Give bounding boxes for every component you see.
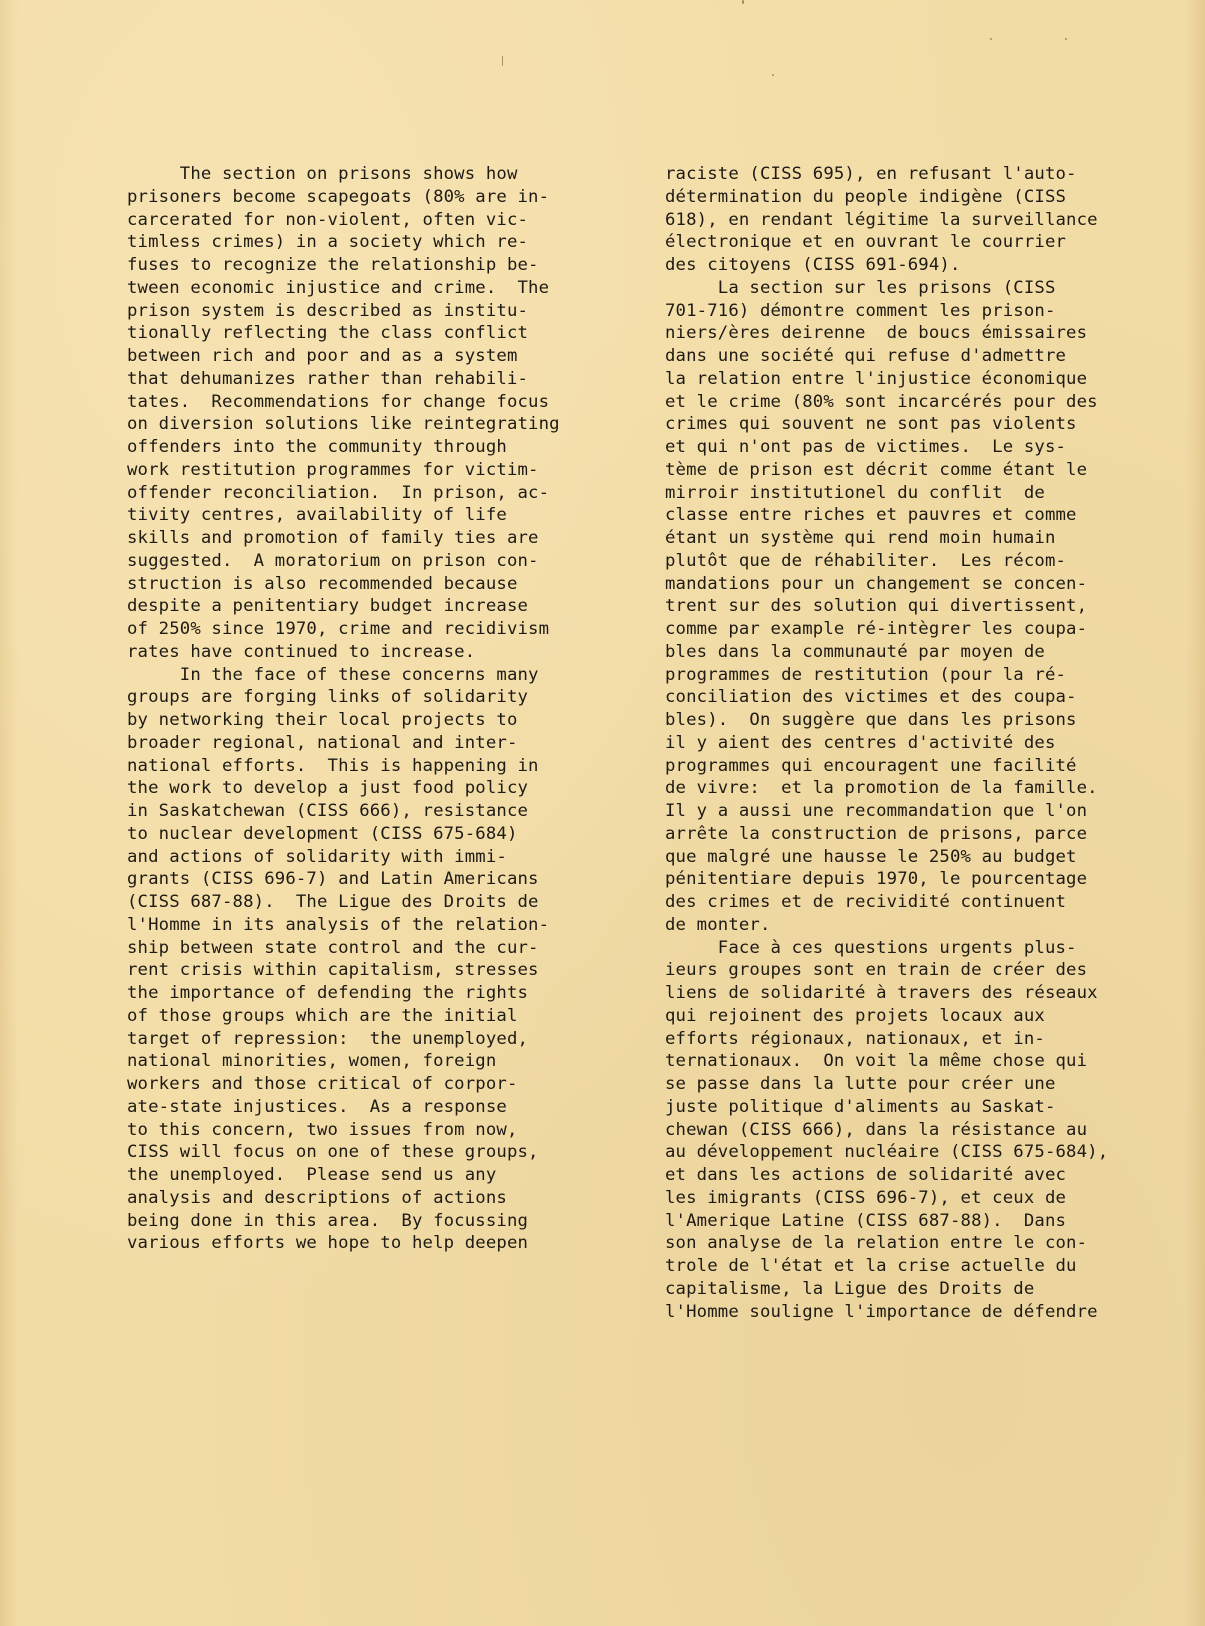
text-line: de monter. — [665, 914, 1108, 937]
paper-speck — [772, 74, 774, 76]
text-line: son analyse de la relation entre le con- — [665, 1232, 1108, 1255]
text-line: national efforts. This is happening in — [127, 755, 560, 778]
paper-speck — [502, 56, 503, 66]
text-line: carcerated for non-violent, often vic- — [127, 209, 560, 232]
text-line: national minorities, women, foreign — [127, 1050, 560, 1073]
text-line: ternationaux. On voit la même chose qui — [665, 1050, 1108, 1073]
text-line: crimes qui souvent ne sont pas violents — [665, 413, 1108, 436]
text-line: of those groups which are the initial — [127, 1005, 560, 1028]
text-line: des citoyens (CISS 691-694). — [665, 254, 1108, 277]
text-line: offender reconciliation. In prison, ac- — [127, 482, 560, 505]
text-line: se passe dans la lutte pour créer une — [665, 1073, 1108, 1096]
text-line: prison system is described as institu- — [127, 300, 560, 323]
text-line: arrête la construction de prisons, parce — [665, 823, 1108, 846]
text-line: des crimes et de recividité continuent — [665, 891, 1108, 914]
text-line: in Saskatchewan (CISS 666), resistance — [127, 800, 560, 823]
text-line: various efforts we hope to help deepen — [127, 1232, 560, 1255]
text-line: rent crisis within capitalism, stresses — [127, 959, 560, 982]
paper-speck — [742, 0, 744, 4]
paper-speck — [1065, 38, 1067, 40]
text-line: despite a penitentiary budget increase — [127, 595, 560, 618]
text-line: trole de l'état et la crise actuelle du — [665, 1255, 1108, 1278]
text-line: qui rejoinent des projets locaux aux — [665, 1005, 1108, 1028]
text-line: bles). On suggère que dans les prisons — [665, 709, 1108, 732]
text-line: rates have continued to increase. — [127, 641, 560, 664]
text-line: tionally reflecting the class conflict — [127, 322, 560, 345]
text-line: conciliation des victimes et des coupa- — [665, 686, 1108, 709]
english-column: The section on prisons shows howprisoner… — [127, 163, 560, 1255]
text-line: ship between state control and the cur- — [127, 937, 560, 960]
text-line: prisoners become scapegoats (80% are in- — [127, 186, 560, 209]
paper-speck — [990, 38, 992, 40]
text-line: broader regional, national and inter- — [127, 732, 560, 755]
text-line: tivity centres, availability of life — [127, 504, 560, 527]
text-line: l'Homme souligne l'importance de défendr… — [665, 1301, 1108, 1324]
text-line: électronique et en ouvrant le courrier — [665, 231, 1108, 254]
text-line: The section on prisons shows how — [127, 163, 560, 186]
text-line: 618), en rendant légitime la surveillanc… — [665, 209, 1108, 232]
text-line: dans une société qui refuse d'admettre — [665, 345, 1108, 368]
text-line: the importance of defending the rights — [127, 982, 560, 1005]
text-line: mirroir institutionel du conflit de — [665, 482, 1108, 505]
text-line: between rich and poor and as a system — [127, 345, 560, 368]
text-line: comme par example ré-intègrer les coupa- — [665, 618, 1108, 641]
text-line: et qui n'ont pas de victimes. Le sys- — [665, 436, 1108, 459]
text-line: trent sur des solution qui divertissent, — [665, 595, 1108, 618]
text-line: capitalisme, la Ligue des Droits de — [665, 1278, 1108, 1301]
text-line: Il y a aussi une recommandation que l'on — [665, 800, 1108, 823]
text-line: l'Amerique Latine (CISS 687-88). Dans — [665, 1210, 1108, 1233]
text-line: niers/ères deirenne de boucs émissaires — [665, 322, 1108, 345]
text-line: plutôt que de réhabiliter. Les récom- — [665, 550, 1108, 573]
scanned-page: The section on prisons shows howprisoner… — [0, 0, 1205, 1626]
text-line: tween economic injustice and crime. The — [127, 277, 560, 300]
text-line: pénitentiare depuis 1970, le pourcentage — [665, 868, 1108, 891]
text-line: juste politique d'aliments au Saskat- — [665, 1096, 1108, 1119]
text-line: efforts régionaux, nationaux, et in- — [665, 1028, 1108, 1051]
text-line: programmes qui encouragent une facilité — [665, 755, 1108, 778]
text-line: les imigrants (CISS 696-7), et ceux de — [665, 1187, 1108, 1210]
text-line: tème de prison est décrit comme étant le — [665, 459, 1108, 482]
text-line: ieurs groupes sont en train de créer des — [665, 959, 1108, 982]
text-line: by networking their local projects to — [127, 709, 560, 732]
text-line: étant un système qui rend moin humain — [665, 527, 1108, 550]
text-line: classe entre riches et pauvres et comme — [665, 504, 1108, 527]
text-line: liens de solidarité à travers des réseau… — [665, 982, 1108, 1005]
text-line: CISS will focus on one of these groups, — [127, 1141, 560, 1164]
text-line: work restitution programmes for victim- — [127, 459, 560, 482]
text-line: grants (CISS 696-7) and Latin Americans — [127, 868, 560, 891]
text-line: and actions of solidarity with immi- — [127, 846, 560, 869]
text-line: mandations pour un changement se concen- — [665, 573, 1108, 596]
text-line: ate-state injustices. As a response — [127, 1096, 560, 1119]
text-line: skills and promotion of family ties are — [127, 527, 560, 550]
text-line: analysis and descriptions of actions — [127, 1187, 560, 1210]
text-line: the work to develop a just food policy — [127, 777, 560, 800]
text-line: being done in this area. By focussing — [127, 1210, 560, 1233]
text-line: to this concern, two issues from now, — [127, 1119, 560, 1142]
text-line: il y aient des centres d'activité des — [665, 732, 1108, 755]
text-line: chewan (CISS 666), dans la résistance au — [665, 1119, 1108, 1142]
text-line: La section sur les prisons (CISS — [665, 277, 1108, 300]
text-line: (CISS 687-88). The Ligue des Droits de — [127, 891, 560, 914]
text-line: that dehumanizes rather than rehabili- — [127, 368, 560, 391]
text-line: struction is also recommended because — [127, 573, 560, 596]
text-line: programmes de restitution (pour la ré- — [665, 664, 1108, 687]
text-line: bles dans la communauté par moyen de — [665, 641, 1108, 664]
text-line: 701-716) démontre comment les prison- — [665, 300, 1108, 323]
french-column: raciste (CISS 695), en refusant l'auto-d… — [665, 163, 1108, 1323]
text-line: Face à ces questions urgents plus- — [665, 937, 1108, 960]
text-line: de vivre: et la promotion de la famille. — [665, 777, 1108, 800]
text-line: groups are forging links of solidarity — [127, 686, 560, 709]
text-line: target of repression: the unemployed, — [127, 1028, 560, 1051]
text-line: fuses to recognize the relationship be- — [127, 254, 560, 277]
text-line: et le crime (80% sont incarcérés pour de… — [665, 391, 1108, 414]
text-line: timless crimes) in a society which re- — [127, 231, 560, 254]
text-line: suggested. A moratorium on prison con- — [127, 550, 560, 573]
text-line: raciste (CISS 695), en refusant l'auto- — [665, 163, 1108, 186]
text-line: la relation entre l'injustice économique — [665, 368, 1108, 391]
text-line: workers and those critical of corpor- — [127, 1073, 560, 1096]
text-line: on diversion solutions like reintegratin… — [127, 413, 560, 436]
text-line: to nuclear development (CISS 675-684) — [127, 823, 560, 846]
text-line: et dans les actions de solidarité avec — [665, 1164, 1108, 1187]
text-line: que malgré une hausse le 250% au budget — [665, 846, 1108, 869]
text-line: In the face of these concerns many — [127, 664, 560, 687]
text-line: offenders into the community through — [127, 436, 560, 459]
text-line: détermination du people indigène (CISS — [665, 186, 1108, 209]
text-line: the unemployed. Please send us any — [127, 1164, 560, 1187]
text-line: tates. Recommendations for change focus — [127, 391, 560, 414]
text-line: au développement nucléaire (CISS 675-684… — [665, 1141, 1108, 1164]
text-line: l'Homme in its analysis of the relation- — [127, 914, 560, 937]
text-line: of 250% since 1970, crime and recidivism — [127, 618, 560, 641]
